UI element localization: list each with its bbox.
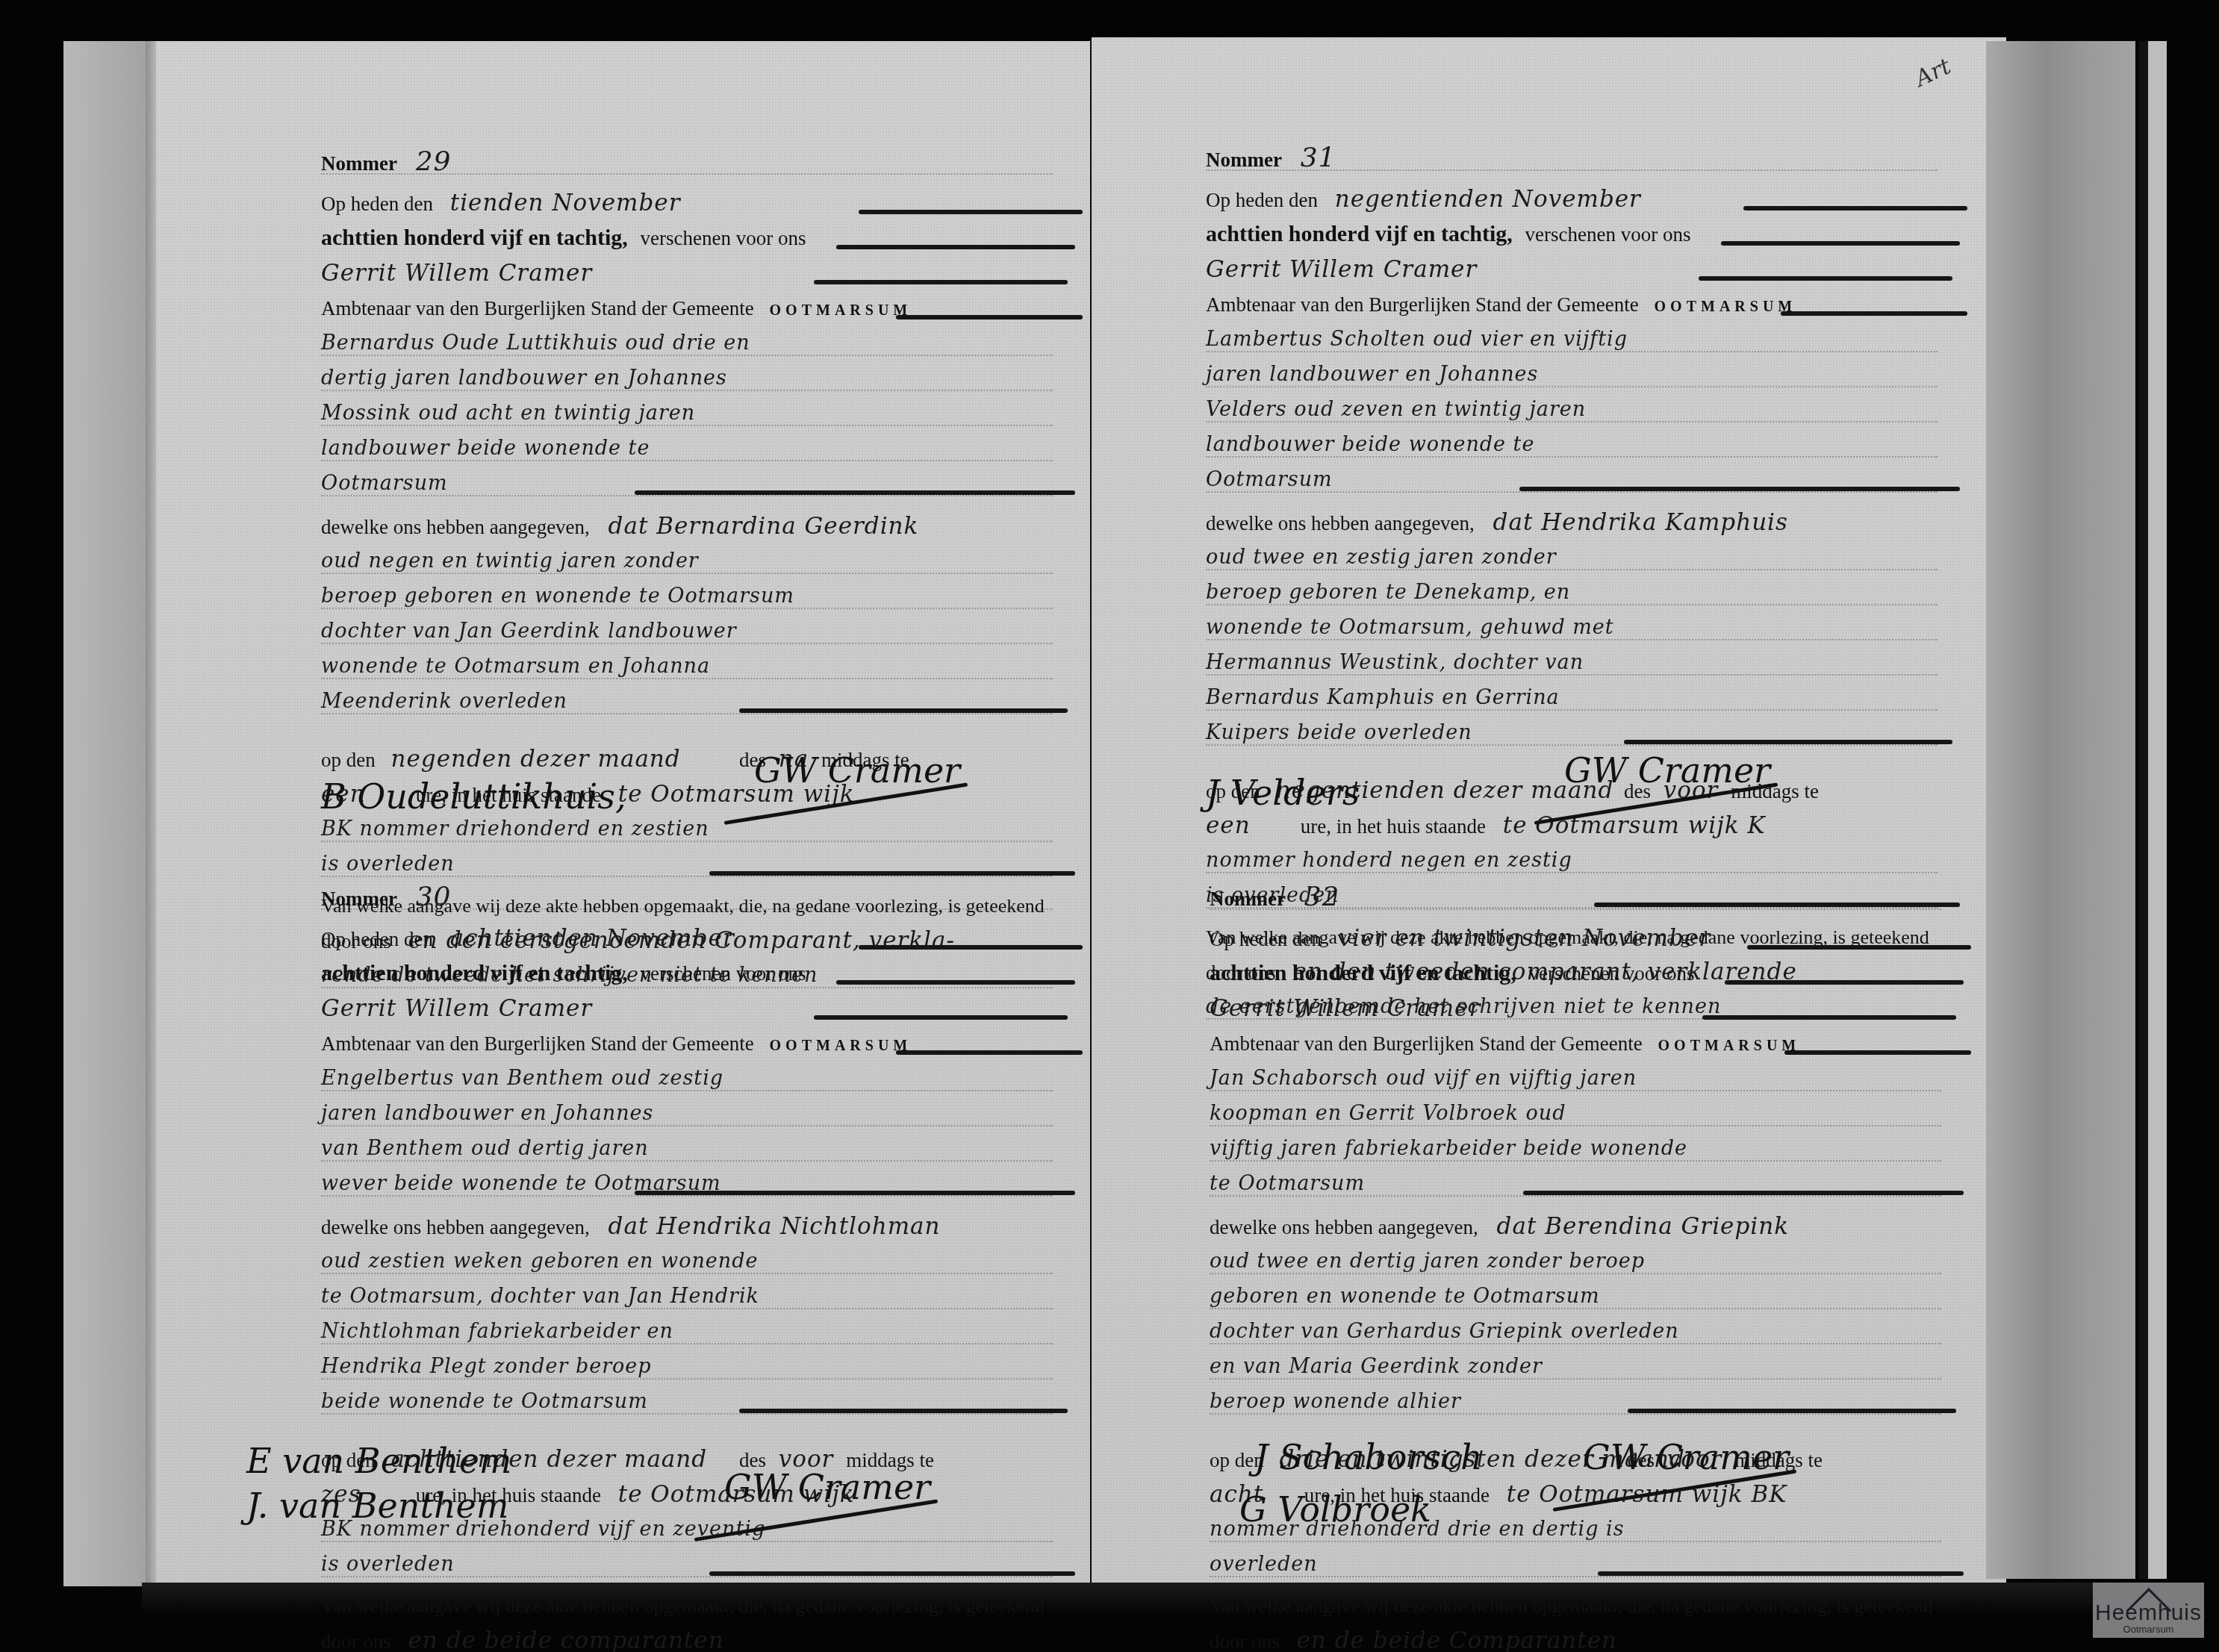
closing-line: Van welke aangave wij deze akte hebben o… [1210, 1593, 1933, 1619]
date-line: Op heden den achttienden November [321, 926, 735, 952]
ambtenaar-line: Ambtenaar van den Burgerlijken Stand der… [1210, 1031, 1800, 1059]
comparant-line: Lambertus Scholten oud vier en vijftig [1206, 327, 1628, 352]
dotted-guide [321, 987, 1053, 988]
verschenen-label: verschenen voor ons [1529, 962, 1695, 985]
death-day: negenden dezer maand [390, 746, 680, 773]
declaration-line: Kuipers beide overleden [1206, 720, 1472, 746]
official-line: Gerrit Willem Cramer [321, 996, 592, 1022]
declaration-line: wonende te Ootmarsum en Johanna [321, 654, 710, 679]
year-text: achttien honderd vijf en tachtig, [321, 225, 628, 250]
op-heden-label: Op heden den [321, 193, 433, 215]
fill-rule [896, 1050, 1083, 1055]
dotted-guide [321, 841, 1053, 842]
dotted-guide [321, 355, 1053, 356]
dotted-guide [321, 678, 1053, 679]
comparant-line: Jan Schaborsch oud vijf en vijftig jaren [1210, 1066, 1637, 1091]
dotted-guide [1206, 639, 1938, 640]
closing-line: Van welke aangave wij deze akte hebben o… [321, 1593, 1045, 1619]
year-line: achttien honderd vijf en tachtig, versch… [1210, 961, 1695, 986]
op-heden-label: Op heden den [1206, 189, 1318, 211]
signed-by-first: en de beide comparanten [408, 1627, 724, 1652]
dotted-guide [321, 1576, 1053, 1577]
dotted-guide [1206, 709, 1938, 711]
dotted-guide [321, 1195, 1053, 1197]
year-text: achttien honderd vijf en tachtig, [1206, 222, 1513, 246]
municipality: OOTMARSUM [770, 302, 912, 319]
record-number-line: Nommer 32 [1210, 885, 1340, 911]
closing-text: Van welke aangave wij deze akte hebben o… [1210, 1595, 1933, 1617]
dotted-guide [1210, 1576, 1941, 1577]
record-date: negentienden November [1335, 186, 1641, 213]
fill-rule [859, 210, 1083, 214]
dotted-guide [321, 425, 1053, 426]
dewelke-label: dewelke ons hebben aangegeven, [321, 1216, 590, 1238]
declaration-line: dochter van Jan Geerdink landbouwer [321, 619, 737, 644]
dotted-guide [1206, 351, 1938, 352]
year-line: achttien honderd vijf en tachtig, versch… [321, 225, 806, 251]
comparant-line: Ootmarsum [1206, 467, 1333, 493]
declaration-line: beroep geboren te Denekamp, en [1206, 580, 1570, 605]
signature: GW Cramer [724, 1467, 930, 1507]
comparant-line: Mossink oud acht en twintig jaren [321, 401, 695, 426]
door-ons-label: door ons [1210, 1630, 1280, 1652]
municipality: OOTMARSUM [770, 1038, 912, 1054]
comparant-line: landbouwer beide wonende te [321, 436, 650, 461]
date-line: Op heden den tienden November [321, 190, 680, 216]
fill-rule [1628, 1409, 1956, 1413]
declaration-line: Nichtlohman fabriekarbeider en [321, 1319, 673, 1344]
dotted-guide [1210, 1195, 1941, 1197]
signature: J Velders [1206, 773, 1360, 813]
municipality: OOTMARSUM [1655, 299, 1797, 315]
ambtenaar-label: Ambtenaar van den Burgerlijken Stand der… [321, 1032, 754, 1055]
dotted-guide [321, 1125, 1053, 1126]
comparant-line: vijftig jaren fabriekarbeider beide wone… [1210, 1136, 1687, 1162]
dotted-guide [321, 495, 1053, 496]
nommer-label: Nommer [321, 152, 397, 175]
fill-rule [1624, 740, 1952, 744]
dewelke-label: dewelke ons hebben aangegeven, [1210, 1216, 1478, 1238]
fill-rule [1598, 1571, 1964, 1576]
dotted-guide [321, 1273, 1053, 1274]
year-line: achttien honderd vijf en tachtig, versch… [1206, 222, 1691, 247]
declaration-line: beroep wonende alhier [1210, 1389, 1461, 1415]
record-date: vier en twintigsten November [1339, 925, 1711, 952]
dotted-guide [1206, 872, 1938, 873]
declaration-first: dat Bernardina Geerdink [609, 513, 919, 540]
dotted-guide [321, 1413, 1053, 1415]
declaration-line: oud zestien weken geboren en wonende [321, 1249, 758, 1274]
declaration-line: Meenderink overleden [321, 689, 567, 714]
address-line: BK nommer driehonderd en zestien [321, 817, 709, 842]
comparant-line: landbouwer beide wonende te [1206, 432, 1534, 458]
dotted-guide [1210, 1273, 1941, 1274]
address-line: is overleden [321, 1552, 455, 1577]
fill-rule [836, 980, 1075, 985]
op-den-label: op den [321, 749, 376, 771]
binding-edge [2139, 41, 2148, 1579]
nommer-label: Nommer [321, 888, 397, 910]
hour-line: een ure, in het huis staande te Ootmarsu… [1206, 813, 1766, 839]
fill-rule [709, 871, 1075, 876]
year-text: achttien honderd vijf en tachtig, [1210, 961, 1516, 985]
declaration-line: en van Maria Geerdink zonder [1210, 1354, 1543, 1380]
dotted-guide [321, 608, 1053, 609]
fill-rule [1725, 980, 1964, 985]
signature: J. van Benthem [246, 1486, 508, 1526]
death-day-line: op den negenden dezer maand [321, 746, 681, 773]
cover-strip [2148, 41, 2167, 1579]
fill-rule [739, 1409, 1068, 1413]
ambtenaar-line: Ambtenaar van den Burgerlijken Stand der… [321, 296, 912, 323]
dotted-guide [321, 1160, 1053, 1162]
address-line: is overleden [321, 852, 455, 877]
declaration-line: beide wonende te Ootmarsum [321, 1389, 648, 1415]
official-line: Gerrit Willem Cramer [1210, 996, 1481, 1022]
record-date: achttienden November [450, 925, 735, 952]
fill-rule [1743, 206, 1967, 211]
comparant-line: Ootmarsum [321, 471, 448, 496]
fill-rule [1784, 1050, 1971, 1055]
declaration-line: oud twee en zestig jaren zonder [1206, 545, 1557, 570]
fill-rule [1594, 903, 1960, 907]
declaration-first: dat Hendrika Nichtlohman [609, 1213, 941, 1240]
ambtenaar-label: Ambtenaar van den Burgerlijken Stand der… [1210, 1032, 1643, 1055]
signature: GW Cramer [1583, 1437, 1789, 1477]
fill-rule [814, 1015, 1068, 1020]
official-name: Gerrit Willem Cramer [321, 995, 592, 1022]
official-line: Gerrit Willem Cramer [1206, 257, 1477, 283]
declaration-line: Hendrika Plegt zonder beroep [321, 1354, 652, 1380]
declaration-line: dochter van Gerhardus Griepink overleden [1210, 1319, 1679, 1344]
comparant-line: koopman en Gerrit Volbroek oud [1210, 1101, 1566, 1126]
declaration-line: oud negen en twintig jaren zonder [321, 549, 699, 574]
dotted-guide [321, 1090, 1053, 1091]
comparant-line: jaren landbouwer en Johannes [1206, 362, 1538, 387]
dotted-guide [1206, 169, 1938, 171]
official-line: Gerrit Willem Cramer [321, 261, 592, 287]
year-text: achttien honderd vijf en tachtig, [321, 961, 628, 985]
fill-rule [635, 1191, 1075, 1195]
door-ons-label: door ons [321, 1630, 391, 1652]
fill-rule [859, 945, 1083, 950]
dotted-guide [1206, 386, 1938, 387]
official-name: Gerrit Willem Cramer [1210, 995, 1481, 1022]
fill-rule [1747, 945, 1971, 950]
declaration-first: dat Berendina Griepink [1497, 1213, 1789, 1240]
verschenen-label: verschenen voor ons [641, 962, 806, 985]
official-name: Gerrit Willem Cramer [321, 260, 592, 287]
declaration-line: dewelke ons hebben aangegeven, dat Beren… [1210, 1214, 1789, 1240]
dotted-guide [321, 1308, 1053, 1309]
comparant-line: jaren landbouwer en Johannes [321, 1101, 653, 1126]
declaration-line: beroep geboren en wonende te Ootmarsum [321, 584, 794, 609]
dotted-guide [321, 573, 1053, 574]
dotted-guide [1210, 1343, 1941, 1344]
declaration-line: oud twee en dertig jaren zonder beroep [1210, 1249, 1645, 1274]
address-line: overleden [1210, 1552, 1318, 1577]
signature: B Oudeluttikhuis, [321, 776, 626, 817]
declaration-line: geboren en wonende te Ootmarsum [1210, 1284, 1600, 1309]
dotted-guide [1210, 908, 1941, 910]
dotted-guide [1206, 604, 1938, 605]
dewelke-label: dewelke ons hebben aangegeven, [1206, 512, 1475, 534]
date-line: Op heden den negentienden November [1206, 187, 1641, 213]
fill-rule [1702, 1015, 1956, 1020]
dotted-guide [1210, 1160, 1941, 1162]
address-first: te Ootmarsum wijk K [1503, 812, 1766, 839]
dotted-guide [1206, 744, 1938, 746]
heemhuis-watermark: Heemhuis Ootmarsum [2093, 1583, 2204, 1638]
fill-rule [709, 1571, 1075, 1576]
declaration-line: wonende te Ootmarsum, gehuwd met [1206, 615, 1614, 640]
record-number: 31 [1301, 143, 1336, 173]
ambtenaar-line: Ambtenaar van den Burgerlijken Stand der… [321, 1031, 912, 1059]
dotted-guide [1206, 569, 1938, 570]
comparant-line: Engelbertus van Benthem oud zestig [321, 1066, 723, 1091]
comparant-line: van Benthem oud dertig jaren [321, 1136, 649, 1162]
fill-rule [814, 280, 1068, 284]
signature: J Schaborsch [1254, 1437, 1483, 1477]
official-name: Gerrit Willem Cramer [1206, 256, 1477, 283]
dotted-guide [321, 908, 1053, 910]
ambtenaar-label: Ambtenaar van den Burgerlijken Stand der… [1206, 293, 1639, 316]
declaration-line: Hermannus Weustink, dochter van [1206, 650, 1584, 676]
signed-by-line: door ons en de beide Comparanten [1210, 1628, 1617, 1652]
ure-label: ure, in het huis staande [1301, 815, 1486, 838]
fill-rule [836, 245, 1075, 249]
dotted-guide [1210, 1125, 1941, 1126]
dotted-guide [321, 460, 1053, 461]
record-number: 29 [416, 146, 452, 177]
dotted-guide [321, 390, 1053, 391]
record-number: 30 [416, 882, 452, 912]
declaration-line: dewelke ons hebben aangegeven, dat Berna… [321, 514, 918, 540]
verschenen-label: verschenen voor ons [1525, 223, 1691, 246]
dotted-guide [1210, 1378, 1941, 1380]
signed-by-first: en de beide Comparanten [1297, 1627, 1618, 1652]
fill-rule [739, 708, 1068, 713]
dotted-guide [321, 643, 1053, 644]
record-number: 32 [1304, 882, 1340, 912]
year-line: achttien honderd vijf en tachtig, versch… [321, 961, 806, 986]
dotted-guide [1210, 1308, 1941, 1309]
declaration-first: dat Hendrika Kamphuis [1493, 509, 1788, 536]
signed-by-line: door ons en de beide comparanten [321, 1628, 724, 1652]
right-page-stack [1986, 41, 2135, 1579]
dotted-guide [321, 1541, 1053, 1542]
nommer-label: Nommer [1206, 149, 1282, 171]
dotted-guide [1210, 1090, 1941, 1091]
record-number-line: Nommer 29 [321, 149, 452, 176]
declaration-line: dewelke ons hebben aangegeven, dat Hendr… [1206, 510, 1788, 536]
date-line: Op heden den vier en twintigsten Novembe… [1210, 926, 1711, 952]
fill-rule [1781, 311, 1967, 316]
fill-rule [635, 490, 1075, 495]
dotted-guide [321, 1378, 1053, 1380]
municipality: OOTMARSUM [1658, 1038, 1801, 1054]
record-number-line: Nommer 30 [321, 885, 452, 911]
death-hour: een [1206, 813, 1295, 838]
signature: E van Benthem [246, 1441, 511, 1481]
watermark-name: Heemhuis [2095, 1602, 2202, 1624]
dotted-guide [1210, 1541, 1941, 1542]
signature: GW Cramer [1564, 750, 1770, 791]
nommer-label: Nommer [1210, 888, 1286, 910]
fill-rule [1721, 241, 1960, 246]
dotted-guide [1206, 491, 1938, 493]
comparant-line: dertig jaren landbouwer en Johannes [321, 366, 727, 391]
comparant-line: te Ootmarsum [1210, 1171, 1365, 1197]
left-page-fold [146, 41, 156, 1590]
dotted-guide [1210, 1413, 1941, 1415]
op-heden-label: Op heden den [321, 928, 433, 950]
dotted-guide [1206, 456, 1938, 458]
verschenen-label: verschenen voor ons [641, 227, 806, 249]
dotted-guide [1206, 421, 1938, 423]
fill-rule [1519, 487, 1960, 491]
dotted-guide [1206, 674, 1938, 676]
comparant-line: Bernardus Oude Luttikhuis oud drie en [321, 331, 750, 356]
fill-rule [1699, 276, 1952, 281]
dotted-guide [321, 713, 1053, 714]
declaration-line: Bernardus Kamphuis en Gerrina [1206, 685, 1560, 711]
record-number-line: Nommer 31 [1206, 146, 1336, 172]
op-heden-label: Op heden den [1210, 928, 1322, 950]
dotted-guide [321, 876, 1053, 877]
dotted-guide [321, 1343, 1053, 1344]
dewelke-label: dewelke ons hebben aangegeven, [321, 516, 590, 538]
record-date: tienden November [450, 190, 681, 216]
dotted-guide [321, 173, 1053, 175]
signature: GW Cramer [754, 750, 960, 791]
declaration-line: dewelke ons hebben aangegeven, dat Hendr… [321, 1214, 941, 1240]
ambtenaar-line: Ambtenaar van den Burgerlijken Stand der… [1206, 292, 1796, 320]
address-line: nommer honderd negen en zestig [1206, 848, 1572, 873]
fill-rule [896, 315, 1083, 320]
ambtenaar-label: Ambtenaar van den Burgerlijken Stand der… [321, 297, 754, 320]
fill-rule [1523, 1191, 1964, 1195]
declaration-line: te Ootmarsum, dochter van Jan Hendrik [321, 1284, 759, 1309]
closing-text: Van welke aangave wij deze akte hebben o… [321, 1595, 1045, 1617]
comparant-line: Velders oud zeven en twintig jaren [1206, 397, 1586, 423]
signature: G Volbroek [1239, 1489, 1431, 1530]
